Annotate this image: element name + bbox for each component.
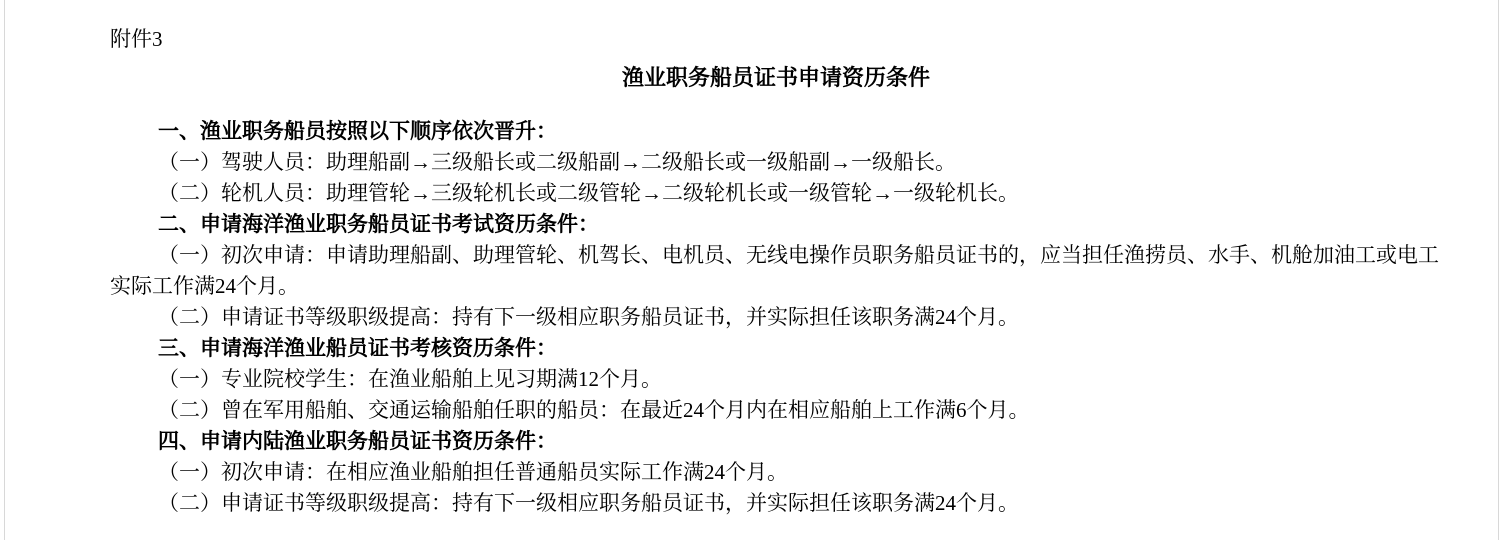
paragraph-continuation: 实际工作满24个月。 [110,271,1442,302]
document-page: 附件3 渔业职务船员证书申请资历条件 一、渔业职务船员按照以下顺序依次晋升：（一… [0,0,1502,540]
section-heading: 四、申请内陆渔业职务船员证书资历条件： [110,426,1442,457]
document-title: 渔业职务船员证书申请资历条件 [110,64,1442,92]
section-heading: 三、申请海洋渔业船员证书考核资历条件： [110,333,1442,364]
list-item: （一）专业院校学生：在渔业船舶上见习期满12个月。 [110,364,1442,395]
list-item: （二）曾在军用船舶、交通运输船舶任职的船员：在最近24个月内在相应船舶上工作满6… [110,395,1442,426]
list-item: （二）申请证书等级职级提高：持有下一级相应职务船员证书，并实际担任该职务满24个… [110,488,1442,519]
list-item: （一）初次申请：在相应渔业船舶担任普通船员实际工作满24个月。 [110,457,1442,488]
list-item: （二）轮机人员：助理管轮→三级轮机长或二级管轮→二级轮机长或一级管轮→一级轮机长… [110,178,1442,209]
document-body: 一、渔业职务船员按照以下顺序依次晋升：（一）驾驶人员：助理船副→三级船长或二级船… [110,116,1442,519]
list-item: （一）驾驶人员：助理船副→三级船长或二级船副→二级船长或一级船副→一级船长。 [110,147,1442,178]
section-heading: 一、渔业职务船员按照以下顺序依次晋升： [110,116,1442,147]
section-heading: 二、申请海洋渔业职务船员证书考试资历条件： [110,209,1442,240]
page-edge-right [1498,0,1499,540]
list-item: （一）初次申请：申请助理船副、助理管轮、机驾长、电机员、无线电操作员职务船员证书… [110,240,1442,271]
list-item: （二）申请证书等级职级提高：持有下一级相应职务船员证书，并实际担任该职务满24个… [110,302,1442,333]
attachment-label: 附件3 [110,26,1442,52]
page-edge-left [4,0,5,540]
document-content: 附件3 渔业职务船员证书申请资历条件 一、渔业职务船员按照以下顺序依次晋升：（一… [110,26,1442,519]
